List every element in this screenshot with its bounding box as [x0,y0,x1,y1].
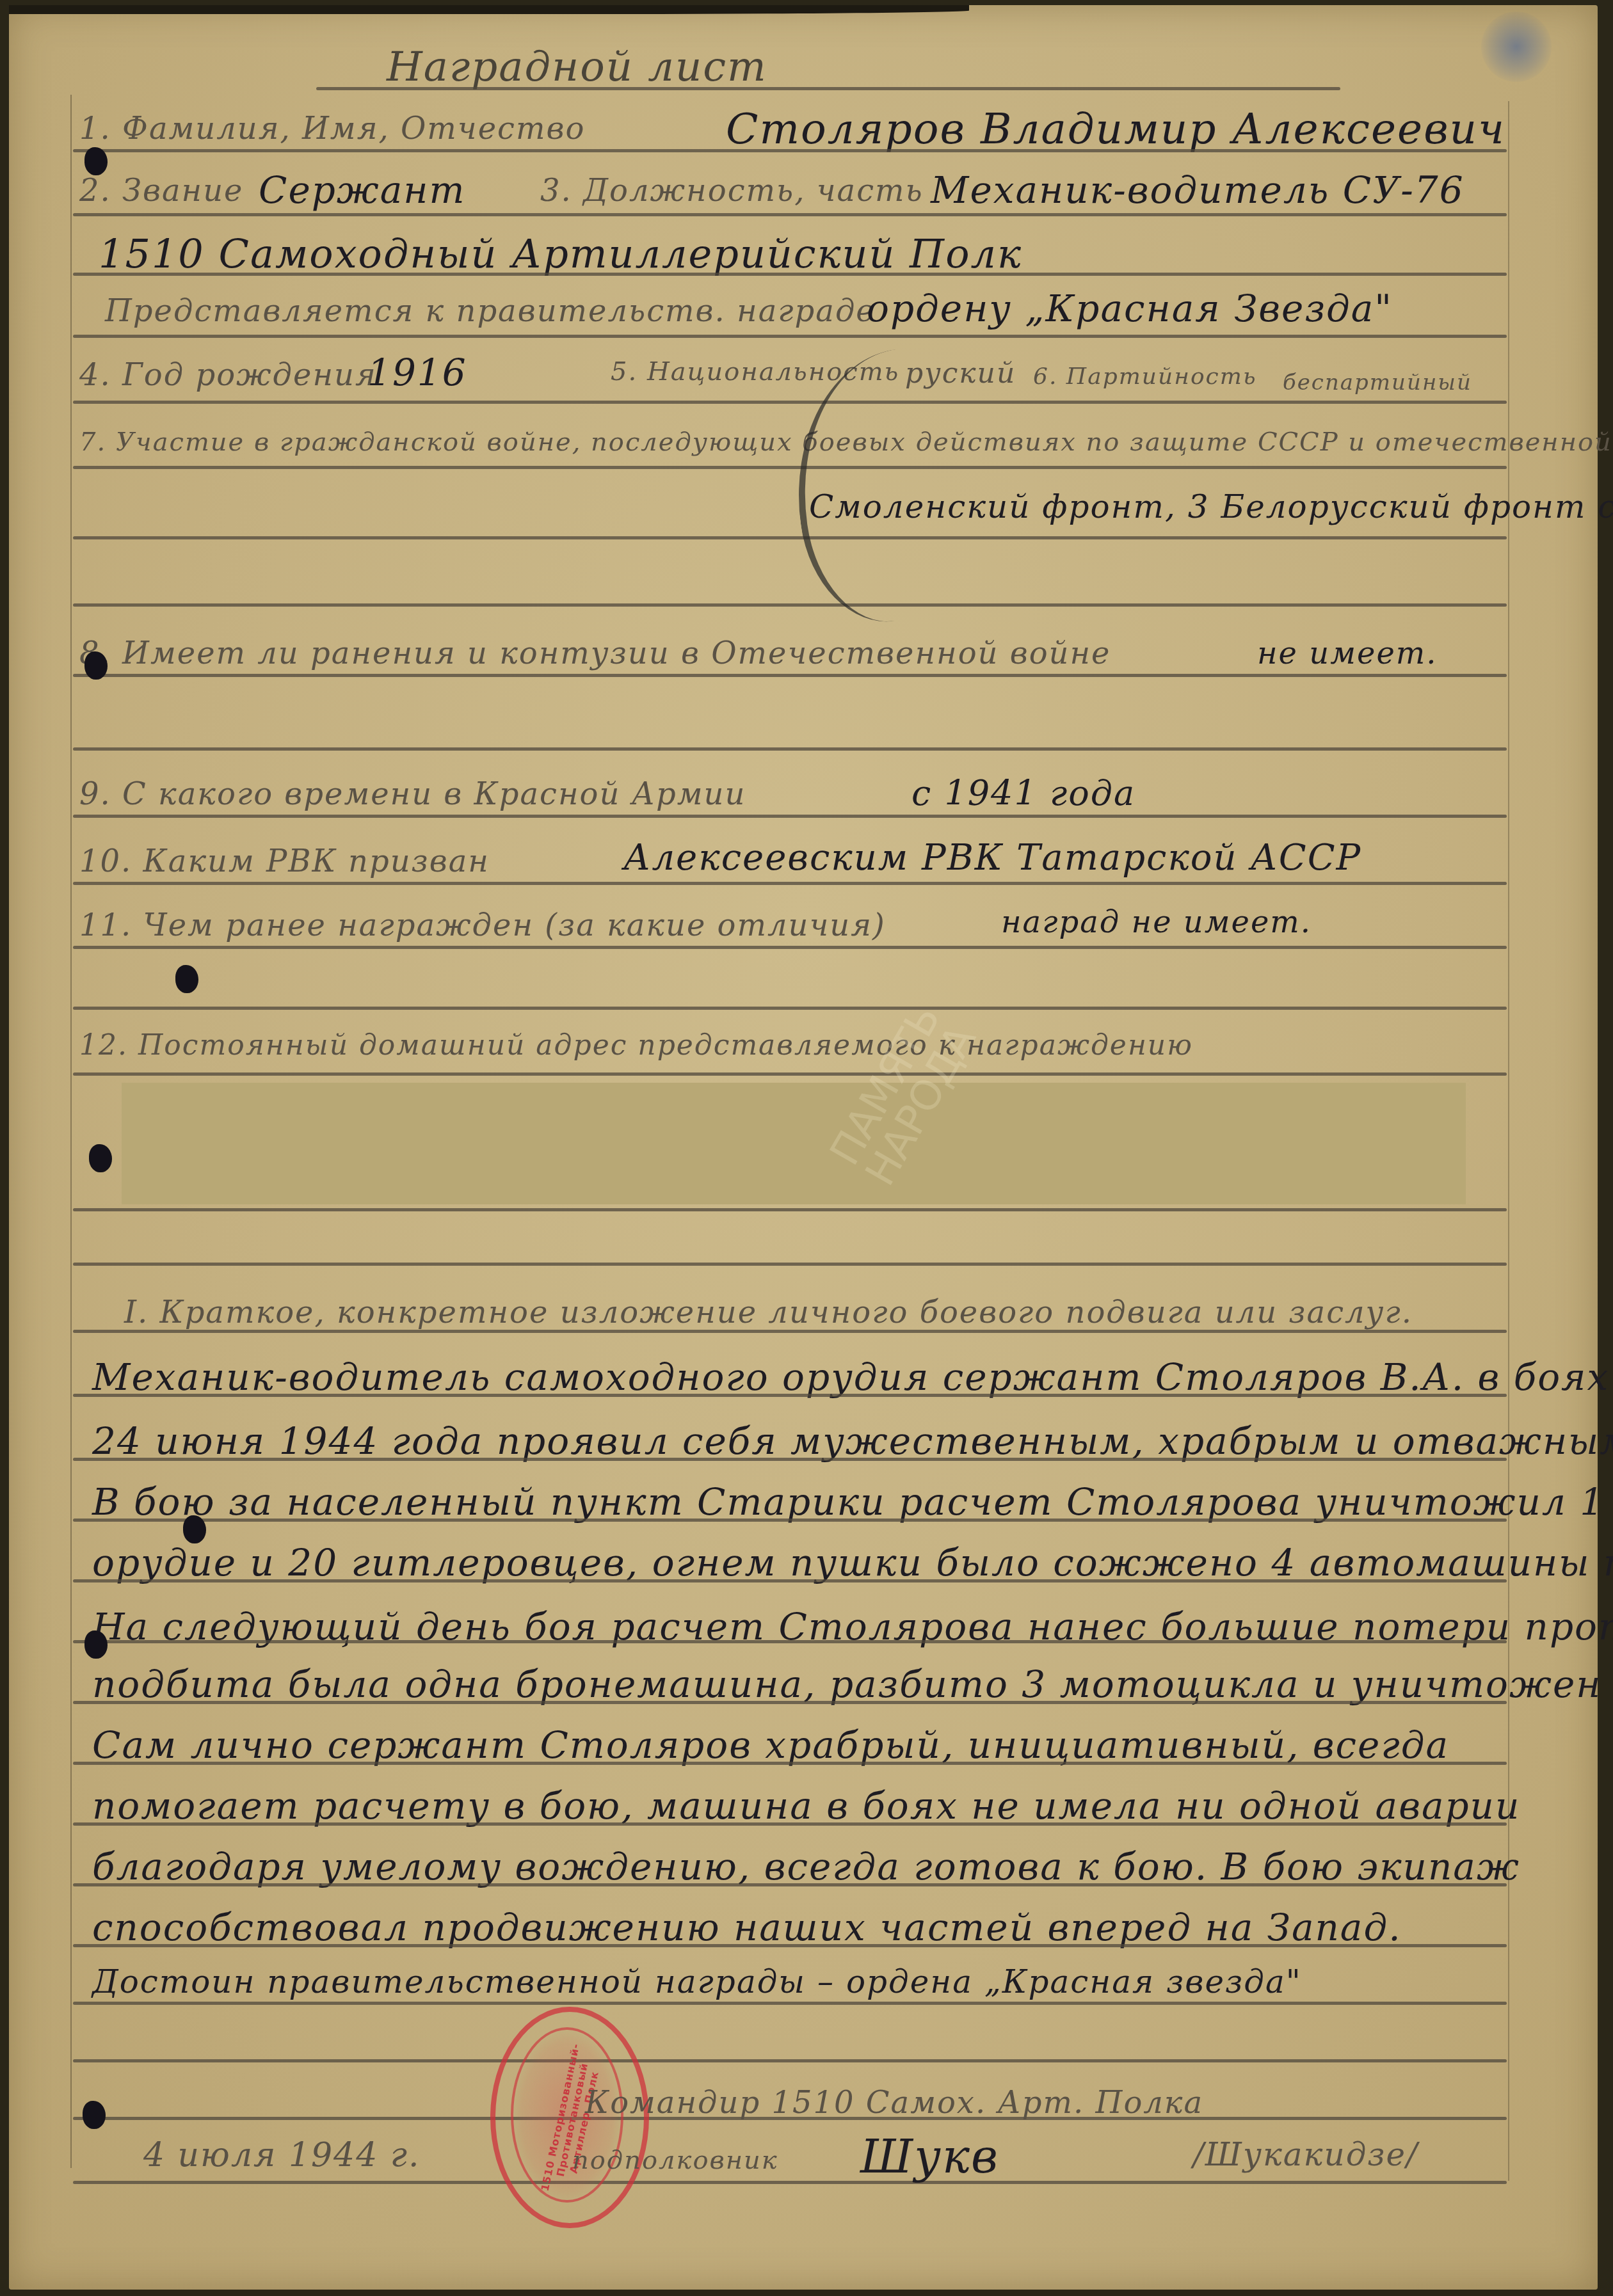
archive-stamp-mark [1481,12,1552,82]
section-heading: I. Краткое, конкретное изложение личного… [124,1295,1413,1330]
commander-signature: Шукв [860,2130,999,2183]
field-1-label: 1. Фамилия, Имя, Отчество [79,111,585,147]
rule [73,1330,1507,1333]
rule [73,603,1507,607]
rule [73,149,1507,152]
unit-value: 1510 Самоходный Артиллерийский Полк [99,230,1022,277]
narrative-line: 24 июня 1944 года проявил себя мужествен… [92,1419,1613,1463]
narrative-line: подбита была одна бронемашина, разбито 3… [92,1662,1613,1706]
punch-hole [175,965,198,993]
rule [73,1579,1507,1582]
field-11-label: 11. Чем ранее награжден (за какие отличи… [79,907,886,943]
field-1-value: Столяров Владимир Алексеевич [726,104,1505,154]
field-9-label: 9. С какого времени в Красной Армии [79,776,746,812]
rule [73,1762,1507,1765]
rule [73,674,1507,677]
punch-hole [84,651,108,680]
punch-hole [84,147,108,175]
field-2-label: 2. Звание [79,173,243,209]
narrative-line: В бою за населенный пункт Старики расчет… [92,1480,1613,1524]
rule [73,335,1507,338]
rule [73,1394,1507,1397]
narrative-line: орудие и 20 гитлеровцев, огнем пушки был… [92,1541,1613,1584]
narrative-line: помогает расчету в бою, машина в боях не… [92,1784,1520,1828]
narrative-line: Сам лично сержант Столяров храбрый, иниц… [92,1723,1449,1767]
rule [73,466,1507,469]
rule [73,1944,1507,1947]
title-underline [316,87,1340,90]
award-value: ордену „Красная Звезда" [867,287,1393,330]
left-margin-line [70,95,72,2168]
field-4-value: 1916 [367,351,467,394]
rule [73,273,1507,276]
rule [73,1883,1507,1886]
narrative-line: Механик-водитель самоходного орудия серж… [92,1355,1613,1399]
rule [73,2059,1507,2062]
field-6-label: 6. Партийность [1033,363,1257,390]
rule [73,882,1507,885]
field-8-value: не имеет. [1257,635,1438,671]
field-4-label: 4. Год рождения [79,357,377,393]
rule [73,946,1507,949]
rule [73,815,1507,818]
field-10-value: Алексеевским РВК Татарской АССР [623,837,1361,879]
narrative-line: благодаря умелому вождению, всегда готов… [92,1845,1520,1888]
rule [73,1458,1507,1461]
field-2-value: Сержант [259,168,466,212]
field-3-label: 3. Должность, часть [540,173,924,209]
punch-hole [183,1515,206,1543]
rule [73,747,1507,751]
commander-rank: подполковник [572,2146,778,2175]
rule [73,1640,1507,1643]
punch-hole [84,1630,108,1659]
field-3-value: Механик-водитель СУ-76 [931,168,1465,212]
rule [73,1007,1507,1010]
rule [73,1072,1507,1076]
award-label: Представляется к правительств. награде [105,293,876,329]
rule [73,2002,1507,2005]
rule [73,401,1507,404]
document-title: Наградной лист [387,44,767,91]
commander-name: /Шукакидзе/ [1193,2136,1418,2173]
rule [73,1822,1507,1826]
rule [73,1519,1507,1522]
rule [73,536,1507,539]
rule [73,1263,1507,1266]
punch-hole [83,2101,106,2129]
award-sheet: Наградной лист 1. Фамилия, Имя, Отчество… [9,5,1598,2290]
signing-date: 4 июля 1944 г. [143,2136,421,2174]
rule [73,2181,1507,2184]
narrative-line: Достоин правительственной награды – орде… [92,1963,1302,2000]
rule [73,1701,1507,1704]
commander-title: Командир 1510 Самох. Арт. Полка [585,2085,1203,2121]
redacted-address-block [122,1083,1466,1204]
field-11-value: наград не имеет. [1001,904,1312,940]
punch-hole [89,1144,112,1172]
field-10-label: 10. Каким РВК призван [79,843,490,879]
rule [73,1208,1507,1211]
narrative-line: способствовал продвижению наших частей в… [92,1906,1402,1949]
field-12-label: 12. Постоянный домашний адрес представля… [79,1029,1193,1062]
field-8-label: 8. Имеет ли ранения и контузии в Отечест… [79,635,1111,671]
rule [73,213,1507,216]
field-9-value: с 1941 года [911,773,1136,813]
torn-top-edge [9,5,969,14]
field-6-value: беспартийный [1283,370,1472,395]
